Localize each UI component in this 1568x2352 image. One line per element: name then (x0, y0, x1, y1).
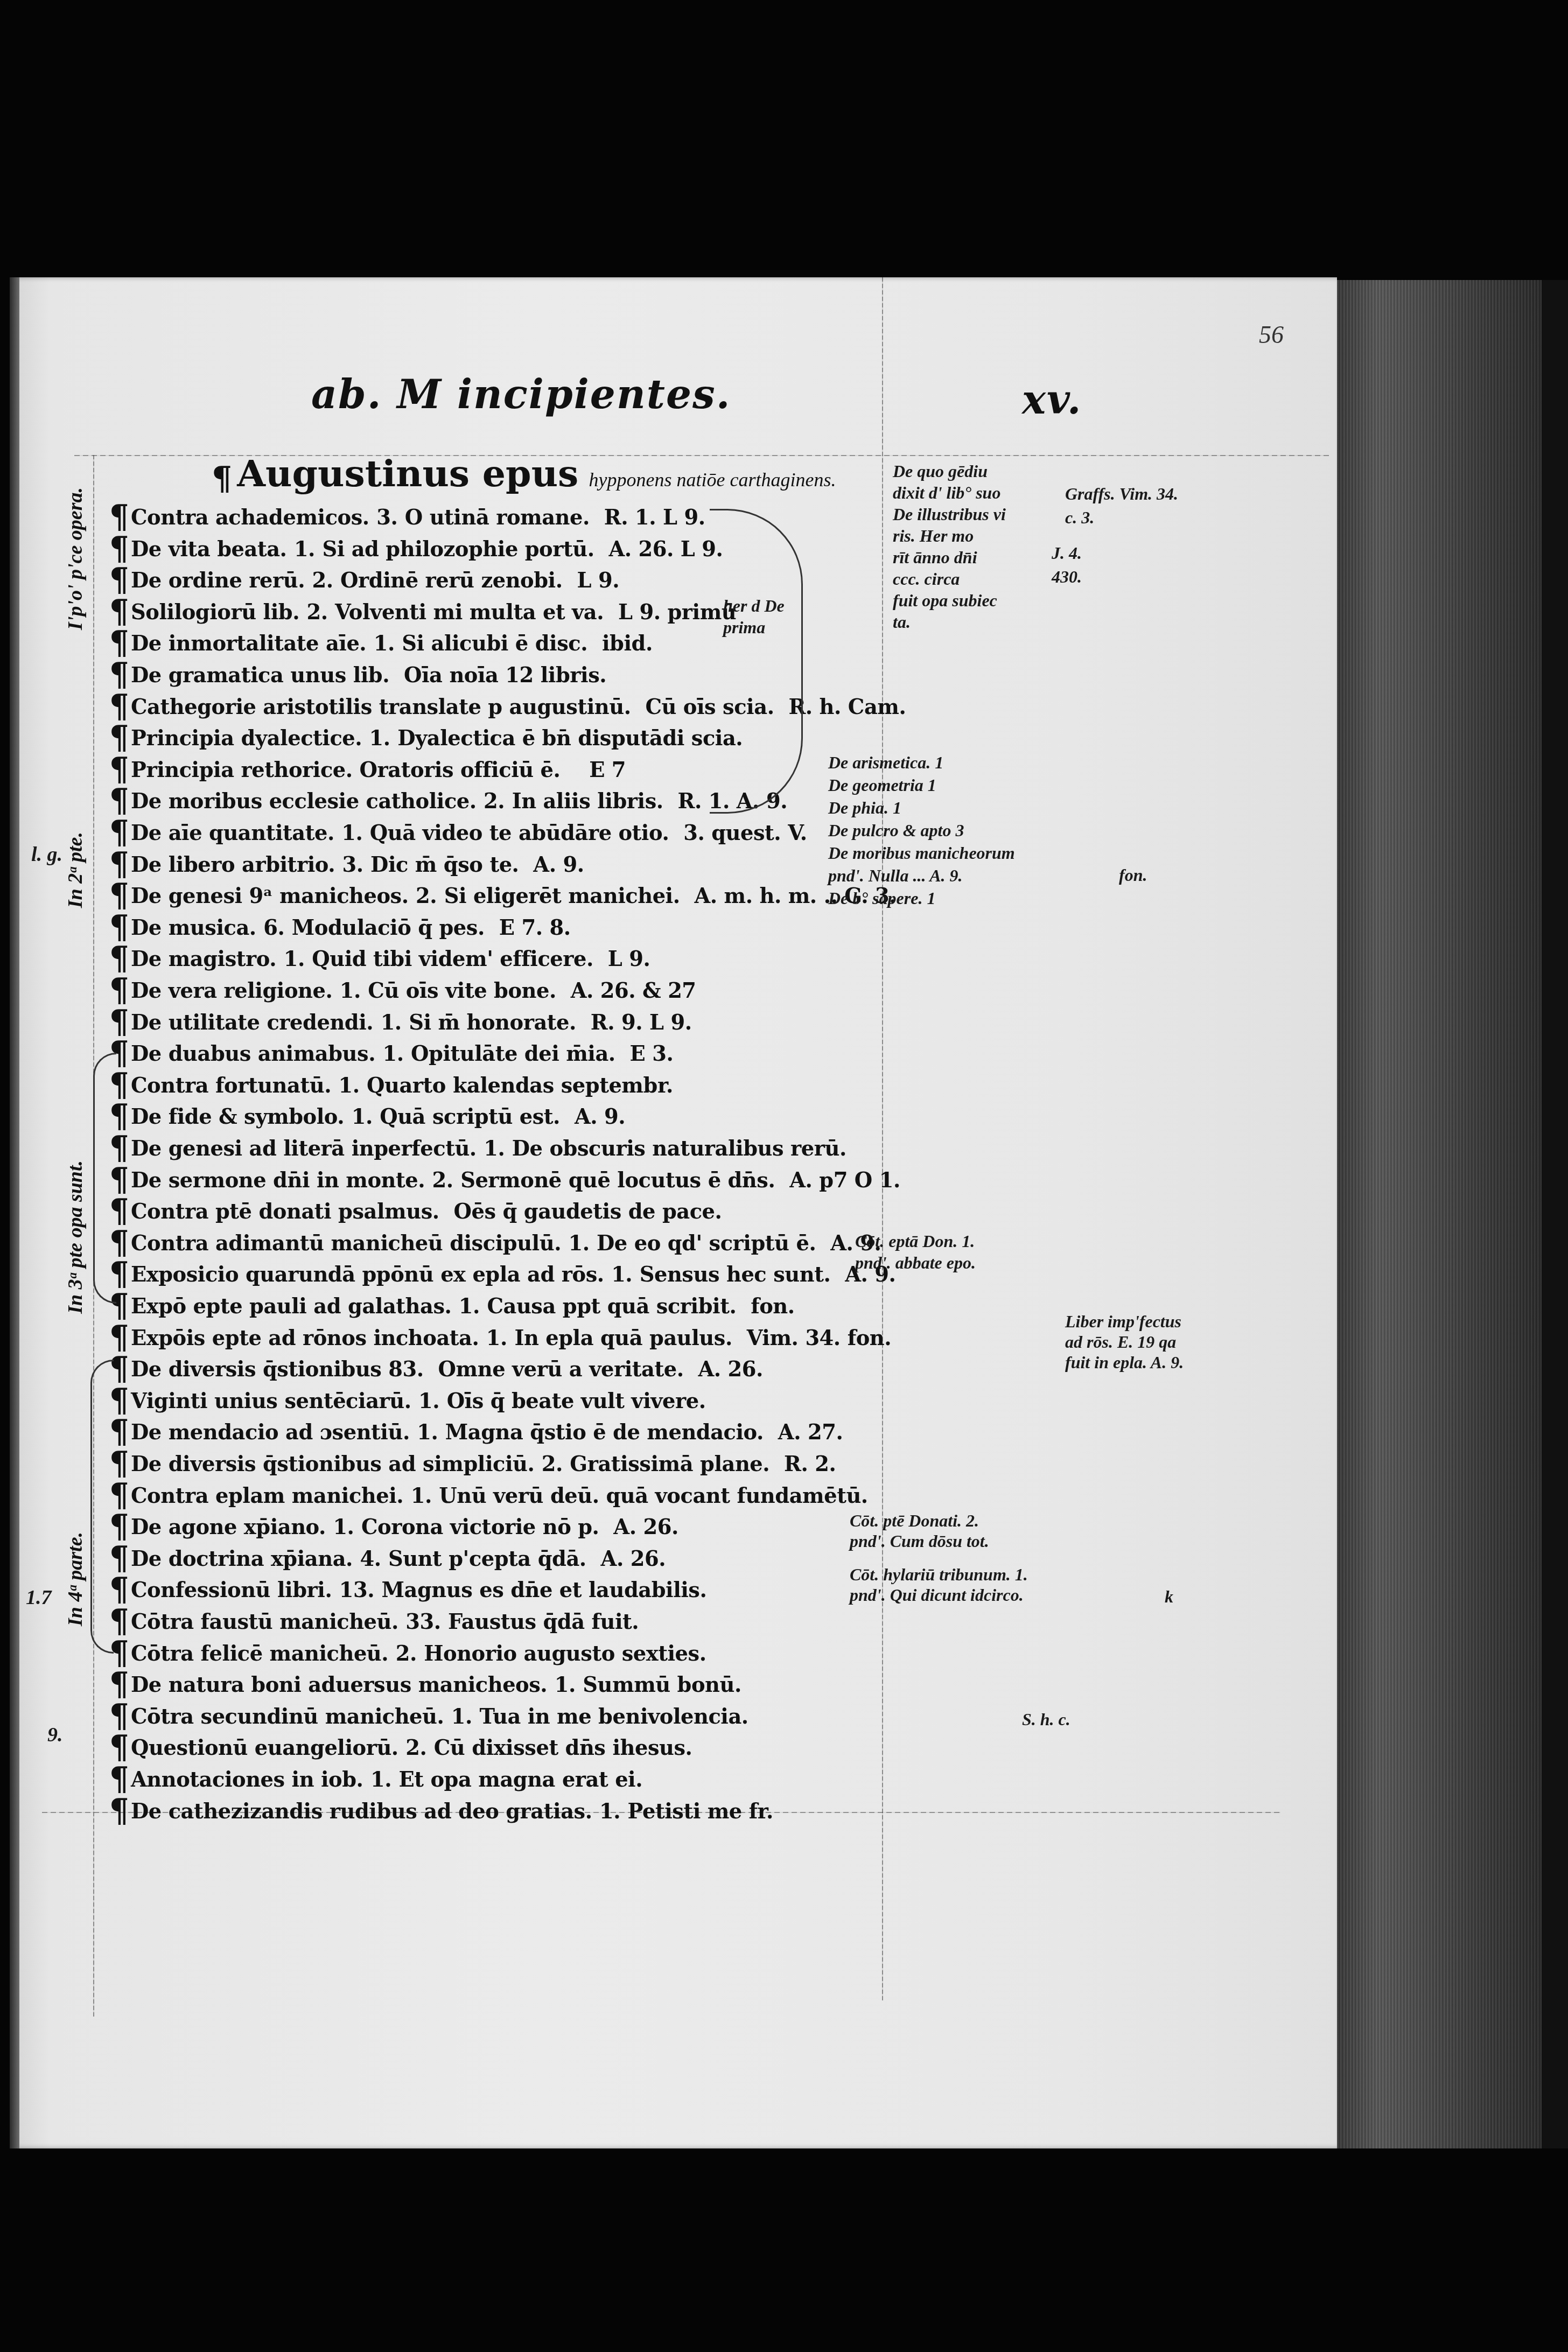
entry-incipit: Oēs q̄ gaudetis de pace. (454, 1199, 722, 1224)
margin-note: De quo gēdiudixit d' lib° suoDe illustri… (893, 460, 1006, 633)
margin-note-line: ccc. circa (893, 568, 1006, 590)
margin-note: fon. (1119, 864, 1147, 886)
entry-title: De inmortalitate aīe. (131, 631, 366, 656)
entry-book-count: 1. (352, 1104, 373, 1129)
entry-title: Cathegorie aristotilis translate p augus… (131, 694, 631, 719)
entry-title: De vita beata. (131, 536, 286, 562)
entry-shelfmark: 3. quest. V. (683, 820, 807, 845)
margin-note-line: pnd'. Cum dōsu tot. (850, 1531, 989, 1551)
entry-incipit: Magna q̄stio ē de mendacio. (445, 1419, 764, 1445)
entry-incipit: Oīs q̄ beate vult vivere. (447, 1388, 706, 1413)
entry-incipit: Summū bonū. (583, 1672, 741, 1697)
entry-incipit: Quarto kalendas septembr. (367, 1073, 673, 1098)
entry-title: Contra ptē donati psalmus. (131, 1199, 439, 1224)
entry-book-count: 1. (369, 725, 390, 751)
entry-book-count: 2. (312, 568, 333, 593)
entry-shelfmark: A. 9. (533, 852, 584, 877)
entry-incipit: Corona victorie nō p. (361, 1514, 599, 1539)
entry-incipit: Sermonē quē locutus ē dn̄s. (460, 1167, 775, 1193)
entry-book-count: 1. (599, 1798, 620, 1824)
entry-incipit: Opitulāte dei m̄ia. (411, 1041, 615, 1066)
entry-title: De natura boni aduersus manicheos. (131, 1672, 547, 1697)
margin-note: De arismetica. 1De geometria 1De phia. 1… (828, 751, 1015, 909)
entry-book-count: 1. (555, 1672, 576, 1697)
margin-note-line: S. h. c. (1022, 1707, 1070, 1732)
margin-note-line: pnd'. Nulla ... A. 9. (828, 864, 1015, 887)
entry-title: Contra adimantū manicheū discipulū. (131, 1230, 561, 1256)
entry-book-count: 1. (284, 946, 305, 971)
entry-incipit: Volventi mi multa et va. (335, 599, 604, 625)
entry-shelfmark: R. 9. L 9. (591, 1010, 692, 1035)
entry-incipit: Cū oīs vite bone. (368, 978, 556, 1003)
entry-shelfmark: R. 2. (784, 1451, 836, 1476)
margin-note-line: ta. (893, 611, 1006, 633)
entry-shelfmark: A. 26. & 27 (571, 978, 696, 1003)
author-heading: Augustinus epus (237, 452, 578, 495)
margin-note-line: De illustribus vi (893, 503, 1006, 525)
entry-title: De gramatica unus lib. (131, 662, 389, 688)
entry-incipit: Si ad philozophie portū. (322, 536, 594, 562)
entry-incipit: Si m̄ honorate. (409, 1010, 576, 1035)
entry-book-count: 1. (418, 1388, 439, 1413)
entry-incipit: Sensus hec sunt. (640, 1262, 831, 1287)
margin-note-line: k (1165, 1586, 1173, 1607)
entry-shelfmark: A. 9. (575, 1104, 625, 1129)
entry-book-count: 33. (405, 1609, 440, 1634)
entry-book-count: 2. (396, 1641, 417, 1666)
author-note: hypponens natiōe carthaginens. (589, 469, 836, 491)
entry-title: De agone xp̄iano. (131, 1514, 326, 1539)
entry-book-count: 1. (374, 631, 395, 656)
entry-shelfmark: A. 26. (698, 1356, 762, 1382)
entry-title: Cōtra secundinū manicheū. (131, 1704, 444, 1729)
entry-title: Exposicio quarundā ppōnū ex epla ad rōs. (131, 1262, 604, 1287)
entry-incipit: De eo qd' scriptū ē. (597, 1230, 816, 1256)
left-margin-note: In 4ᵃ parte. (64, 1532, 87, 1626)
entry-title: De musica. (131, 915, 256, 940)
entry-incipit: Causa ppt quā scribit. (487, 1293, 736, 1319)
entry-incipit: Oīa noīa 12 libris. (404, 662, 606, 688)
margin-note-line: Cōt. ptē Donati. 2. (850, 1510, 989, 1531)
entry-shelfmark: A. 26. (613, 1514, 678, 1539)
entry-title: Cōtra felicē manicheū. (131, 1641, 388, 1666)
margin-note-line: De b° sapere. 1 (828, 887, 1015, 909)
entry-title: De fide & symbolo. (131, 1104, 344, 1129)
margin-note: her d Deprima (723, 595, 785, 638)
entry-book-count: 1. (486, 1325, 507, 1350)
margin-note: k (1165, 1586, 1173, 1607)
entry-book-count: 6. (263, 915, 284, 940)
entry-book-count: 1. (381, 1010, 402, 1035)
entry-incipit: Modulaciō q̄ pes. (292, 915, 485, 940)
margin-note-line: De moribus manicheorum (828, 842, 1015, 864)
entry-incipit: Honorio augusto sexties. (424, 1641, 706, 1666)
margin-note: Cōt. hylariū tribunum. 1.pnd'. Qui dicun… (850, 1564, 1028, 1605)
entry-title: Principia dyalectice. (131, 725, 362, 751)
margin-note: J. 4.430. (1052, 541, 1082, 589)
entry-shelfmark: L 9. (577, 568, 619, 593)
left-margin-note: 9. (47, 1723, 63, 1747)
margin-note-line: fon. (1119, 864, 1147, 886)
entry-book-count: 2. (432, 1167, 453, 1193)
entry-book-count: 1. (568, 1230, 589, 1256)
entry-title: De magistro. (131, 946, 276, 971)
entry-shelfmark: A. 27. (778, 1419, 843, 1445)
entry-book-count: 1. (611, 1262, 632, 1287)
left-margin-note: l. g. (31, 843, 62, 866)
entry-book-count: 1. (451, 1704, 472, 1729)
left-margin-note: I'p'o' p'ce opera. (64, 487, 87, 630)
entry-book-count: 1. (294, 536, 315, 562)
ruling-center (882, 277, 883, 2000)
column-number: xv. (1022, 377, 1082, 423)
bracket-line (710, 509, 803, 814)
entry-title: Contra eplam manichei. (131, 1483, 403, 1508)
entry-book-count: 1. (370, 1767, 391, 1792)
entry-incipit: Gratissimā plane. (570, 1451, 769, 1476)
entry-title: Expō epte pauli ad galathas. (131, 1293, 451, 1319)
entry-book-count: 4. (360, 1546, 381, 1571)
margin-note-line: 430. (1052, 565, 1082, 589)
entry-title: Principia rethorice. Oratoris officiū ē. (131, 757, 560, 782)
entry-title: De genesi ad literā inperfectū. (131, 1136, 477, 1161)
margin-note-line: ad rōs. E. 19 qa (1065, 1332, 1184, 1352)
margin-note-line: De geometria 1 (828, 774, 1015, 796)
entry-shelfmark: fon. (751, 1293, 795, 1319)
entry-title: De sermone dn̄i in monte. (131, 1167, 425, 1193)
margin-note: Cōt. ptē Donati. 2.pnd'. Cum dōsu tot. (850, 1510, 989, 1551)
entry-incipit: De obscuris naturalibus rerū. (512, 1136, 846, 1161)
margin-note-line: c. 3. (1065, 506, 1178, 529)
margin-note-line: De arismetica. 1 (828, 751, 1015, 774)
margin-note-line: Cōt. hylariū tribunum. 1. (850, 1564, 1028, 1585)
entry-book-count: 2. (306, 599, 327, 625)
entry-shelfmark: A. 26. (601, 1546, 666, 1571)
margin-note-line: pnd'. Qui dicunt idcirco. (850, 1585, 1028, 1605)
entry-title: De diversis q̄stionibus 83. (131, 1356, 424, 1382)
entry-title: De cathezizandis rudibus ad deo gratias. (131, 1798, 592, 1824)
entry-title: De genesi 9ᵃ manicheos. (131, 883, 409, 908)
entry-shelfmark: A. p7 O 1. (789, 1167, 900, 1193)
entry-incipit: Petisti me fr. (628, 1798, 773, 1824)
entry-book-count: 3. (342, 852, 363, 877)
entry-incipit: Quid tibi videm' efficere. (312, 946, 593, 971)
entry-title: Solilogiorū lib. (131, 599, 299, 625)
margin-note-line: ris. Her mo (893, 525, 1006, 547)
entry-book-count: 13. (339, 1577, 374, 1602)
entry-book-count: 1. (340, 978, 361, 1003)
entry-incipit: In aliis libris. (512, 788, 663, 814)
book-fore-edge (1337, 280, 1542, 2148)
margin-note: Graffs. Vim. 34.c. 3. (1065, 482, 1178, 529)
entry-incipit: Si alicubi ē disc. (402, 631, 587, 656)
page-gutter-shadow (10, 277, 19, 2148)
entry-book-count: 1. (383, 1041, 404, 1066)
entry-incipit: Dic m̄ q̄so te. (370, 852, 519, 877)
margin-note-line: De pulcro & apto 3 (828, 819, 1015, 842)
entry-incipit: Dyalectica ē bn̄ disputādi scia. (397, 725, 743, 751)
folio-number: 56 (1259, 320, 1284, 349)
bracket-line (93, 1053, 116, 1304)
margin-note-line: J. 4. (1052, 541, 1082, 565)
entry-shelfmark: A. 26. L 9. (608, 536, 723, 562)
pilcrow-icon: ¶ (212, 460, 232, 498)
entry-book-count: 1. (417, 1419, 438, 1445)
left-margin-note: In 3ᵃ pte opa sunt. (64, 1160, 87, 1314)
entry-incipit: Quā video te abūdāre otio. (370, 820, 669, 845)
margin-note: Liber imp'fectusad rōs. E. 19 qafuit in … (1065, 1311, 1184, 1373)
entry-book-count: 2. (416, 883, 437, 908)
left-margin-note: In 2ᵃ pte. (64, 832, 87, 908)
manuscript-page: ab. M incipientes. xv. 56 ¶ Augustinus e… (10, 277, 1337, 2148)
entry-incipit: Omne verū a veritate. (438, 1356, 684, 1382)
margin-note-line: rīt ānno dn̄i (893, 547, 1006, 568)
margin-note-line: Cōt. eptā Don. 1. (855, 1230, 976, 1252)
entry-title: Contra achademicos. (131, 505, 369, 530)
entry-incipit: Faustus q̄dā fuit. (448, 1609, 639, 1634)
margin-note-line: De phia. 1 (828, 796, 1015, 819)
bracket-line (90, 1360, 114, 1654)
entry-shelfmark: ibid. (602, 631, 653, 656)
entry-title: De doctrina xp̄iana. (131, 1546, 353, 1571)
margin-note: Cōt. eptā Don. 1.pnd'. abbate epo. (855, 1230, 976, 1273)
margin-note-line: fuit opa subiec (893, 590, 1006, 611)
author-heading-row: ¶ Augustinus epus hypponens natiōe carth… (212, 452, 836, 498)
margin-note: S. h. c. (1022, 1707, 1070, 1732)
entry-incipit: Unū verū deū. quā vocant fundamētū. (439, 1483, 868, 1508)
margin-note-line: dixit d' lib° suo (893, 482, 1006, 503)
entry-book-count: 1. (411, 1483, 432, 1508)
entry-incipit: Ordinē rerū zenobi. (340, 568, 562, 593)
entry-title: Expōis epte ad rōnos inchoata. (131, 1325, 479, 1350)
entry-title: De aīe quantitate. (131, 820, 334, 845)
running-head: ab. M incipientes. (311, 372, 731, 418)
entry-incipit: Si eligerēt manichei. (444, 883, 680, 908)
entry-book-count: 2. (405, 1735, 426, 1760)
entry-incipit: In epla quā paulus. (514, 1325, 732, 1350)
margin-note-line: Graffs. Vim. 34. (1065, 482, 1178, 506)
margin-note-line: prima (723, 617, 785, 638)
entry-incipit: Sunt p'cepta q̄dā. (388, 1546, 586, 1571)
entry-title: De utilitate credendi. (131, 1010, 373, 1035)
entry-shelfmark: L 9. (608, 946, 650, 971)
entry-title: Questionū euangeliorū. (131, 1735, 398, 1760)
entry-book-count: 1. (333, 1514, 354, 1539)
entry-shelfmark: E 7. 8. (499, 915, 571, 940)
entry-title: De moribus ecclesie catholice. (131, 788, 477, 814)
entry-shelfmark: R. h. Cam. (788, 694, 906, 719)
margin-note-line: her d De (723, 595, 785, 617)
left-margin-note: 1.7 (26, 1586, 52, 1609)
entry-shelfmark: E 7 (589, 757, 626, 782)
margin-note-line: pnd'. abbate epo. (855, 1252, 976, 1273)
entry-book-count: 1. (338, 1073, 359, 1098)
entry-incipit: Magnus es dn̄e et laudabilis. (382, 1577, 707, 1602)
entry-title: De duabus animabus. (131, 1041, 375, 1066)
photo-border-right (1542, 280, 1568, 2148)
entry-book-count: 1. (459, 1293, 480, 1319)
entry-title: Annotaciones in iob. (131, 1767, 363, 1792)
entry-title: De libero arbitrio. (131, 852, 335, 877)
entry-shelfmark: E 3. (630, 1041, 674, 1066)
entry-title: De ordine rerū. (131, 568, 305, 593)
entry-title: De diversis q̄stionibus ad simpliciū. (131, 1451, 534, 1476)
entry-shelfmark: R. 1. L 9. (604, 505, 705, 530)
entry-incipit: O utinā romane. (405, 505, 590, 530)
entry-book-count: 1. (484, 1136, 505, 1161)
margin-note-line: fuit in epla. A. 9. (1065, 1352, 1184, 1373)
entry-title: Viginti unius sentēciarū. (131, 1388, 411, 1413)
margin-note-line: De quo gēdiu (893, 460, 1006, 482)
entry-title: De vera religione. (131, 978, 332, 1003)
entry-book-count: 3. (376, 505, 397, 530)
entry-title: Cōtra faustū manicheū. (131, 1609, 398, 1634)
entry-incipit: Cū dixisset dn̄s ihesus. (434, 1735, 692, 1760)
catalogue-entry: ¶De cathezizandis rudibus ad deo gratias… (109, 1792, 788, 1830)
entry-title: De mendacio ad ɔsentiū. (131, 1419, 410, 1445)
entry-title: Contra fortunatū. (131, 1073, 331, 1098)
entry-incipit: Quā scriptū est. (380, 1104, 560, 1129)
pilcrow-icon: ¶ (109, 1792, 129, 1830)
entry-incipit: Et opa magna erat ei. (399, 1767, 643, 1792)
margin-note-line: Liber imp'fectus (1065, 1311, 1184, 1332)
entry-shelfmark: Vim. 34. fon. (747, 1325, 891, 1350)
entry-incipit: Tua in me benivolencia. (479, 1704, 748, 1729)
entry-book-count: 2. (484, 788, 505, 814)
entry-title: Confessionū libri. (131, 1577, 332, 1602)
entry-book-count: 1. (341, 820, 362, 845)
entry-book-count: 2. (542, 1451, 563, 1476)
